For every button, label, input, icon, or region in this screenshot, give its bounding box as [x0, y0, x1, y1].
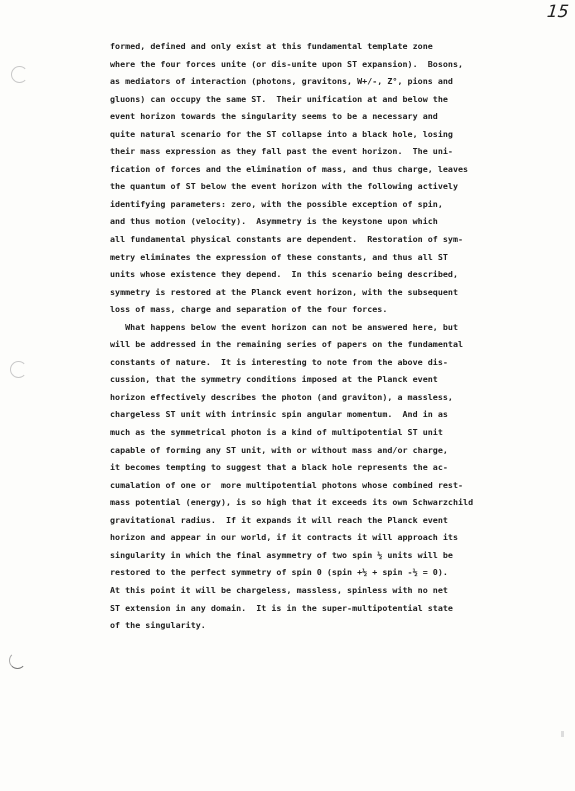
text-line: mass potential (energy), is so high that… — [110, 494, 570, 512]
text-line: cumalation of one or more multipotential… — [110, 477, 570, 495]
text-line: gluons) can occupy the same ST. Their un… — [110, 91, 570, 109]
text-line: as mediators of interaction (photons, gr… — [110, 73, 570, 91]
text-line: will be addressed in the remaining serie… — [110, 336, 570, 354]
text-line: identifying parameters: zero, with the p… — [110, 196, 570, 214]
text-line: where the four forces unite (or dis-unit… — [110, 56, 570, 74]
text-line: horizon effectively describes the photon… — [110, 389, 570, 407]
text-line: all fundamental physical constants are d… — [110, 231, 570, 249]
page-number: 15 — [546, 2, 570, 22]
typewritten-body: formed, defined and only exist at this f… — [110, 38, 570, 635]
text-line: cussion, that the symmetry conditions im… — [110, 371, 570, 389]
hole-punch-mark — [10, 361, 27, 378]
text-line: and thus motion (velocity). Asymmetry is… — [110, 213, 570, 231]
text-line: singularity in which the final asymmetry… — [110, 547, 570, 565]
text-line: it becomes tempting to suggest that a bl… — [110, 459, 570, 477]
text-line: ST extension in any domain. It is in the… — [110, 600, 570, 618]
text-line: capable of forming any ST unit, with or … — [110, 442, 570, 460]
text-line: the quantum of ST below the event horizo… — [110, 178, 570, 196]
hole-punch-mark — [11, 66, 28, 83]
text-line: units whose existence they depend. In th… — [110, 266, 570, 284]
text-line: horizon and appear in our world, if it c… — [110, 529, 570, 547]
text-line: of the singularity. — [110, 617, 570, 635]
text-line: fication of forces and the elimination o… — [110, 161, 570, 179]
paper-speck — [561, 731, 564, 737]
text-line: metry eliminates the expression of these… — [110, 249, 570, 267]
text-line: What happens below the event horizon can… — [110, 319, 570, 337]
text-line: their mass expression as they fall past … — [110, 143, 570, 161]
text-line: chargeless ST unit with intrinsic spin a… — [110, 406, 570, 424]
text-line: much as the symmetrical photon is a kind… — [110, 424, 570, 442]
text-line: symmetry is restored at the Planck event… — [110, 284, 570, 302]
hole-punch-mark — [9, 652, 26, 669]
text-line: formed, defined and only exist at this f… — [110, 38, 570, 56]
text-line: loss of mass, charge and separation of t… — [110, 301, 570, 319]
text-line: event horizon towards the singularity se… — [110, 108, 570, 126]
text-line: constants of nature. It is interesting t… — [110, 354, 570, 372]
text-line: quite natural scenario for the ST collap… — [110, 126, 570, 144]
text-line: gravitational radius. If it expands it w… — [110, 512, 570, 530]
text-line: At this point it will be chargeless, mas… — [110, 582, 570, 600]
text-line: restored to the perfect symmetry of spin… — [110, 564, 570, 582]
